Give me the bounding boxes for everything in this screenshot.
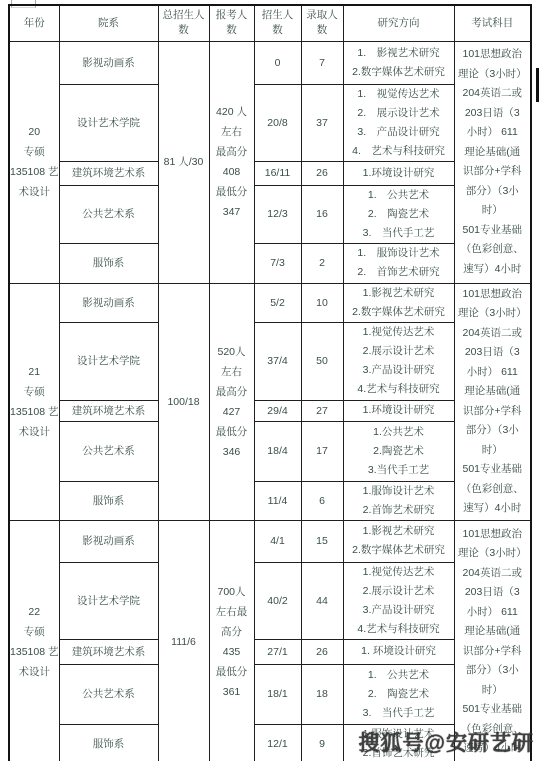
exam-subjects-cell: 101思想政治 理论（3小时） 204英语二或 203日语（3 小时） 611 …	[454, 283, 531, 520]
dept-cell: 设计艺术学院	[59, 84, 158, 161]
dept-cell: 服饰系	[59, 724, 158, 761]
table-row: 建筑环境艺术系 16/11 26 1.环境设计研究	[9, 161, 531, 185]
header-enrollment: 招生人 数	[254, 5, 301, 41]
header-department: 院系	[59, 5, 158, 41]
dept-cell: 设计艺术学院	[59, 322, 158, 400]
directions-cell: 1. 公共艺术 2. 陶瓷艺术 3. 当代手工艺	[343, 185, 454, 243]
header-year: 年份	[9, 5, 59, 41]
admitted-cell: 7	[301, 41, 343, 84]
header-applicants: 报考人 数	[209, 5, 254, 41]
year-cell-2021: 21 专硕 135108 艺 术设计	[9, 283, 59, 520]
table-row: 21 专硕 135108 艺 术设计 影视动画系 100/18 520人 左右 …	[9, 283, 531, 322]
header-row: 年份 院系 总招生人 数 报考人 数 招生人 数 录取人 数 研究方向 考试科目	[9, 5, 531, 41]
admitted-cell: 18	[301, 664, 343, 724]
enrollment-cell: 20/8	[254, 84, 301, 161]
dept-cell: 服饰系	[59, 481, 158, 520]
year-cell-2020: 20 专硕 135108 艺 术设计	[9, 41, 59, 283]
dept-cell: 服饰系	[59, 243, 158, 283]
admissions-table-page: 年份 院系 总招生人 数 报考人 数 招生人 数 录取人 数 研究方向 考试科目…	[0, 0, 539, 761]
total-enrollment-cell: 100/18	[158, 283, 209, 520]
directions-cell: 1.环境设计研究	[343, 161, 454, 185]
dept-cell: 设计艺术学院	[59, 562, 158, 639]
admitted-cell: 16	[301, 185, 343, 243]
directions-cell: 1.视觉传达艺术 2.展示设计艺术 3.产品设计研究 4.艺术与科技研究	[343, 562, 454, 639]
admitted-cell: 6	[301, 481, 343, 520]
header-admitted: 录取人 数	[301, 5, 343, 41]
enrollment-cell: 27/1	[254, 639, 301, 664]
enrollment-cell: 40/2	[254, 562, 301, 639]
directions-cell: 1.影视艺术研究 2.数字媒体艺术研究	[343, 283, 454, 322]
enrollment-cell: 5/2	[254, 283, 301, 322]
applicants-cell: 520人 左右 最高分 427 最低分 346	[209, 283, 254, 520]
dept-cell: 建筑环境艺术系	[59, 400, 158, 421]
directions-cell: 1. 公共艺术 2. 陶瓷艺术 3. 当代手工艺	[343, 664, 454, 724]
enrollment-cell: 11/4	[254, 481, 301, 520]
directions-cell: 1.视觉传达艺术 2.展示设计艺术 3.产品设计研究 4.艺术与科技研究	[343, 322, 454, 400]
table-row: 20 专硕 135108 艺 术设计 影视动画系 81 人/30 420 人 左…	[9, 41, 531, 84]
dept-cell: 影视动画系	[59, 41, 158, 84]
enrollment-cell: 18/1	[254, 664, 301, 724]
total-enrollment-cell: 81 人/30	[158, 41, 209, 283]
dept-cell: 建筑环境艺术系	[59, 639, 158, 664]
sohu-watermark: 搜狐号@安研艺研	[359, 727, 534, 757]
admitted-cell: 26	[301, 161, 343, 185]
directions-cell: 1. 服饰设计艺术 2. 首饰艺术研究	[343, 243, 454, 283]
admitted-cell: 50	[301, 322, 343, 400]
admitted-cell: 26	[301, 639, 343, 664]
admitted-cell: 9	[301, 724, 343, 761]
admitted-cell: 37	[301, 84, 343, 161]
year-cell-2022: 22 专硕 135108 艺 术设计	[9, 520, 59, 761]
table-row: 设计艺术学院 40/2 44 1.视觉传达艺术 2.展示设计艺术 3.产品设计研…	[9, 562, 531, 639]
enrollment-cell: 12/1	[254, 724, 301, 761]
table-row: 服饰系 11/4 6 1.服饰设计艺术 2.首饰艺术研究	[9, 481, 531, 520]
directions-cell: 1. 影视艺术研究 2.数字媒体艺术研究	[343, 41, 454, 84]
directions-cell: 1. 环境设计研究	[343, 639, 454, 664]
admitted-cell: 10	[301, 283, 343, 322]
enrollment-cell: 12/3	[254, 185, 301, 243]
dept-cell: 建筑环境艺术系	[59, 161, 158, 185]
directions-cell: 1. 视觉传达艺术 2. 展示设计艺术 3. 产品设计研究 4. 艺术与科技研究	[343, 84, 454, 161]
directions-cell: 1.环境设计研究	[343, 400, 454, 421]
table-row: 22 专硕 135108 艺 术设计 影视动画系 111/6 700人 左右最 …	[9, 520, 531, 562]
applicants-cell: 700人 左右最 高分 435 最低分 361	[209, 520, 254, 761]
admitted-cell: 15	[301, 520, 343, 562]
table-row: 建筑环境艺术系 29/4 27 1.环境设计研究	[9, 400, 531, 421]
header-exam-subjects: 考试科目	[454, 5, 531, 41]
total-enrollment-cell: 111/6	[158, 520, 209, 761]
enrollment-cell: 0	[254, 41, 301, 84]
directions-cell: 1.公共艺术 2.陶瓷艺术 3.当代手工艺	[343, 421, 454, 481]
enrollment-cell: 29/4	[254, 400, 301, 421]
table-row: 设计艺术学院 37/4 50 1.视觉传达艺术 2.展示设计艺术 3.产品设计研…	[9, 322, 531, 400]
enrollment-cell: 4/1	[254, 520, 301, 562]
admitted-cell: 27	[301, 400, 343, 421]
dept-cell: 公共艺术系	[59, 664, 158, 724]
enrollment-cell: 7/3	[254, 243, 301, 283]
admitted-cell: 44	[301, 562, 343, 639]
applicants-cell: 420 人 左右 最高分 408 最低分 347	[209, 41, 254, 283]
enrollment-cell: 16/11	[254, 161, 301, 185]
dept-cell: 公共艺术系	[59, 421, 158, 481]
table-row: 公共艺术系 12/3 16 1. 公共艺术 2. 陶瓷艺术 3. 当代手工艺	[9, 185, 531, 243]
admissions-table: 年份 院系 总招生人 数 报考人 数 招生人 数 录取人 数 研究方向 考试科目…	[8, 4, 532, 761]
dept-cell: 影视动画系	[59, 283, 158, 322]
directions-cell: 1.影视艺术研究 2.数字媒体艺术研究	[343, 520, 454, 562]
header-research-direction: 研究方向	[343, 5, 454, 41]
enrollment-cell: 37/4	[254, 322, 301, 400]
table-row: 公共艺术系 18/1 18 1. 公共艺术 2. 陶瓷艺术 3. 当代手工艺	[9, 664, 531, 724]
dept-cell: 影视动画系	[59, 520, 158, 562]
header-total-enrollment: 总招生人 数	[158, 5, 209, 41]
table-row: 公共艺术系 18/4 17 1.公共艺术 2.陶瓷艺术 3.当代手工艺	[9, 421, 531, 481]
admitted-cell: 17	[301, 421, 343, 481]
admitted-cell: 2	[301, 243, 343, 283]
directions-cell: 1.服饰设计艺术 2.首饰艺术研究	[343, 481, 454, 520]
table-row: 服饰系 7/3 2 1. 服饰设计艺术 2. 首饰艺术研究	[9, 243, 531, 283]
exam-subjects-cell: 101思想政治 理论（3小时） 204英语二或 203日语（3 小时） 611 …	[454, 520, 531, 761]
table-row: 建筑环境艺术系 27/1 26 1. 环境设计研究	[9, 639, 531, 664]
dept-cell: 公共艺术系	[59, 185, 158, 243]
table-row: 设计艺术学院 20/8 37 1. 视觉传达艺术 2. 展示设计艺术 3. 产品…	[9, 84, 531, 161]
enrollment-cell: 18/4	[254, 421, 301, 481]
exam-subjects-cell: 101思想政治 理论（3小时） 204英语二或 203日语（3 小时） 611 …	[454, 41, 531, 283]
